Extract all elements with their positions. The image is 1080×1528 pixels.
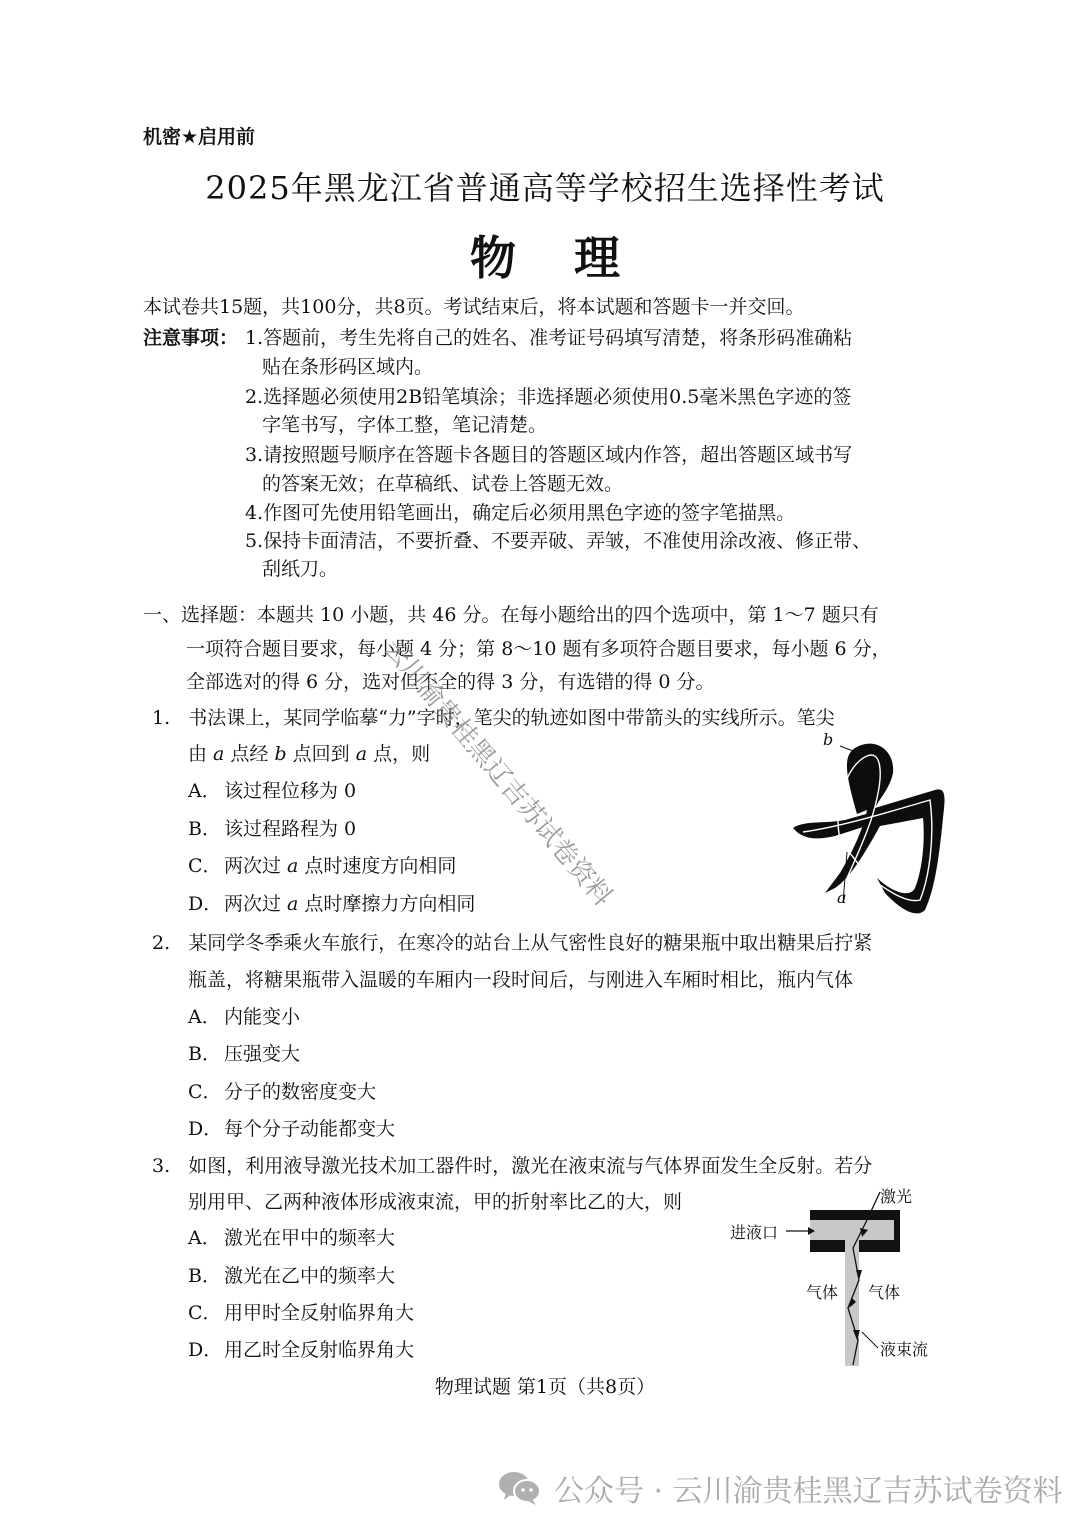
exam-title: 2025年黑龙江省普通高等学校招生选择性考试	[0, 163, 1080, 209]
subject-title: 物理	[0, 222, 1080, 288]
note-2-line2: 字笔书写，字体工整，笔记清楚。	[262, 410, 547, 437]
question-2: 2. 某同学冬季乘火车旅行，在寒冷的站台上从气密性良好的糖果瓶中取出糖果后拧紧	[152, 928, 872, 955]
question-2-line2: 瓶盖，将糖果瓶带入温暖的车厢内一段时间后，与刚进入车厢时相比，瓶内气体	[188, 965, 853, 992]
label-liquid-stream: 液束流	[880, 1337, 928, 1360]
label-a: a	[837, 888, 847, 907]
q2-option-c: C．分子的数密度变大	[188, 1077, 376, 1104]
confidential-label: 机密★启用前	[143, 122, 255, 149]
q3-option-d: D．用乙时全反射临界角大	[188, 1335, 414, 1362]
question-text: 如图，利用液导激光技术加工器件时，激光在液束流与气体界面发生全反射。若分	[188, 1155, 872, 1177]
question-number: 2.	[152, 932, 170, 954]
point-a: a	[213, 743, 224, 765]
question-1-line2: 由 a 点经 b 点回到 a 点，则	[188, 739, 430, 766]
notes-label: 注意事项：	[143, 323, 238, 350]
note-1-line1: 1.答题前，考生先将自己的姓名、准考证号码填写清楚，将条形码准确粘	[245, 323, 852, 350]
point-b: b	[274, 743, 286, 765]
question-text: 书法课上，某同学临摹“力”字时，笔尖的轨迹如图中带箭头的实线所示。笔尖	[188, 707, 834, 729]
brand-watermark: 公众号 · 云川渝贵桂黑辽吉苏试卷资料	[498, 1466, 1063, 1510]
note-5-line1: 5.保持卡面清洁，不要折叠、不要弄破、弄皱，不准使用涂改液、修正带、	[245, 526, 871, 553]
note-1-line2: 贴在条形码区域内。	[262, 352, 433, 379]
laser-liquid-stream-figure: 激光 进液口 气体 气体 液束流	[728, 1180, 943, 1370]
label-b: b	[823, 730, 833, 749]
section-1-header: 一、选择题：本题共 10 小题，共 46 分。在每小题给出的四个选项中，第 1～…	[143, 600, 879, 627]
point-a: a	[356, 743, 367, 765]
question-1: 1. 书法课上，某同学临摹“力”字时，笔尖的轨迹如图中带箭头的实线所示。笔尖	[152, 703, 835, 730]
note-3-line2: 的答案无效；在草稿纸、试卷上答题无效。	[262, 469, 623, 496]
q1-option-b: B．该过程路程为 0	[188, 814, 356, 841]
note-3-line1: 3.请按照题号顺序在答题卡各题目的答题区域内作答，超出答题区域书写	[245, 440, 852, 467]
subject-char-2: 理	[574, 222, 620, 288]
question-3: 3. 如图，利用液导激光技术加工器件时，激光在液束流与气体界面发生全反射。若分	[152, 1151, 872, 1178]
subject-char-1: 物	[470, 222, 516, 288]
exam-intro: 本试卷共15题，共100分，共8页。考试结束后，将本试题和答题卡一并交回。	[143, 292, 805, 319]
page-footer: 物理试题 第1页（共8页）	[0, 1372, 1080, 1399]
note-2-line1: 2.选择题必须使用2B铅笔填涂；非选择题必须使用0.5毫米黑色字迹的签	[245, 382, 851, 409]
q3-option-b: B．激光在乙中的频率大	[188, 1261, 395, 1288]
note-4-line1: 4.作图可先使用铅笔画出，确定后必须用黑色字迹的签字笔描黑。	[245, 498, 795, 525]
q1-option-c: C．两次过 a 点时速度方向相同	[188, 851, 456, 878]
q2-option-d: D．每个分子动能都变大	[188, 1114, 395, 1141]
brand-text: 公众号 · 云川渝贵桂黑辽吉苏试卷资料	[554, 1466, 1063, 1510]
section-1-line2: 一项符合题目要求，每小题 4 分；第 8～10 题有多项符合题目要求，每小题 6…	[186, 634, 891, 661]
q1-option-d: D．两次过 a 点时摩擦力方向相同	[188, 889, 475, 916]
label-laser: 激光	[880, 1184, 912, 1207]
li-character-trajectory-icon	[785, 728, 955, 918]
question-text: 某同学冬季乘火车旅行，在寒冷的站台上从气密性良好的糖果瓶中取出糖果后拧紧	[188, 932, 872, 954]
q3-option-a: A．激光在甲中的频率大	[188, 1223, 395, 1250]
q1-option-a: A．该过程位移为 0	[188, 776, 356, 803]
question-3-line2: 别用甲、乙两种液体形成液束流，甲的折射率比乙的大，则	[188, 1187, 682, 1214]
q2-option-a: A．内能变小	[188, 1002, 300, 1029]
label-gas-right: 气体	[868, 1280, 900, 1303]
label-gas-left: 气体	[806, 1280, 838, 1303]
label-inlet: 进液口	[730, 1220, 778, 1243]
wechat-icon	[498, 1470, 542, 1506]
note-5-line2: 刮纸刀。	[262, 554, 338, 581]
calligraphy-li-figure: b a	[785, 728, 955, 918]
question-number: 3.	[152, 1155, 170, 1177]
q3-option-c: C．用甲时全反射临界角大	[188, 1298, 414, 1325]
q2-option-b: B．压强变大	[188, 1039, 300, 1066]
question-number: 1.	[152, 707, 170, 729]
